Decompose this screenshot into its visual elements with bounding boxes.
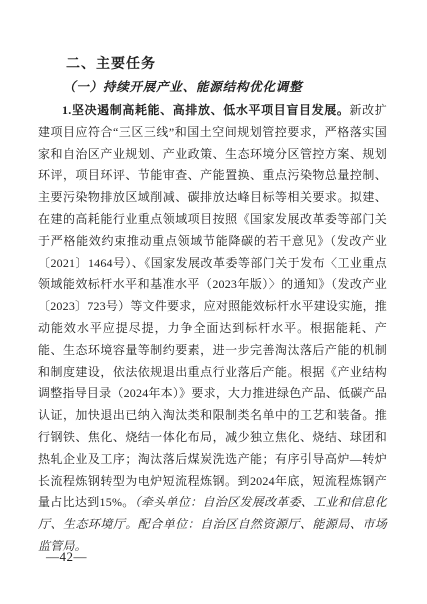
paragraph-body: 新改扩建项目应符合“三区三线”和国土空间规划管控要求，严格落实国家和自治区产业规… (38, 103, 387, 509)
document-page: 二、主要任务 （一）持续开展产业、能源结构优化调整 1.坚决遏制高耗能、高排放、… (0, 0, 427, 604)
subsection-heading: （一）持续开展产业、能源结构优化调整 (38, 76, 387, 99)
paragraph-lead: 1.坚决遏制高耗能、高排放、低水平项目盲目发展。 (62, 103, 350, 117)
page-number: —42— (46, 549, 87, 565)
section-heading: 二、主要任务 (38, 52, 387, 75)
task-paragraph: 1.坚决遏制高耗能、高排放、低水平项目盲目发展。新改扩建项目应符合“三区三线”和… (38, 100, 387, 558)
